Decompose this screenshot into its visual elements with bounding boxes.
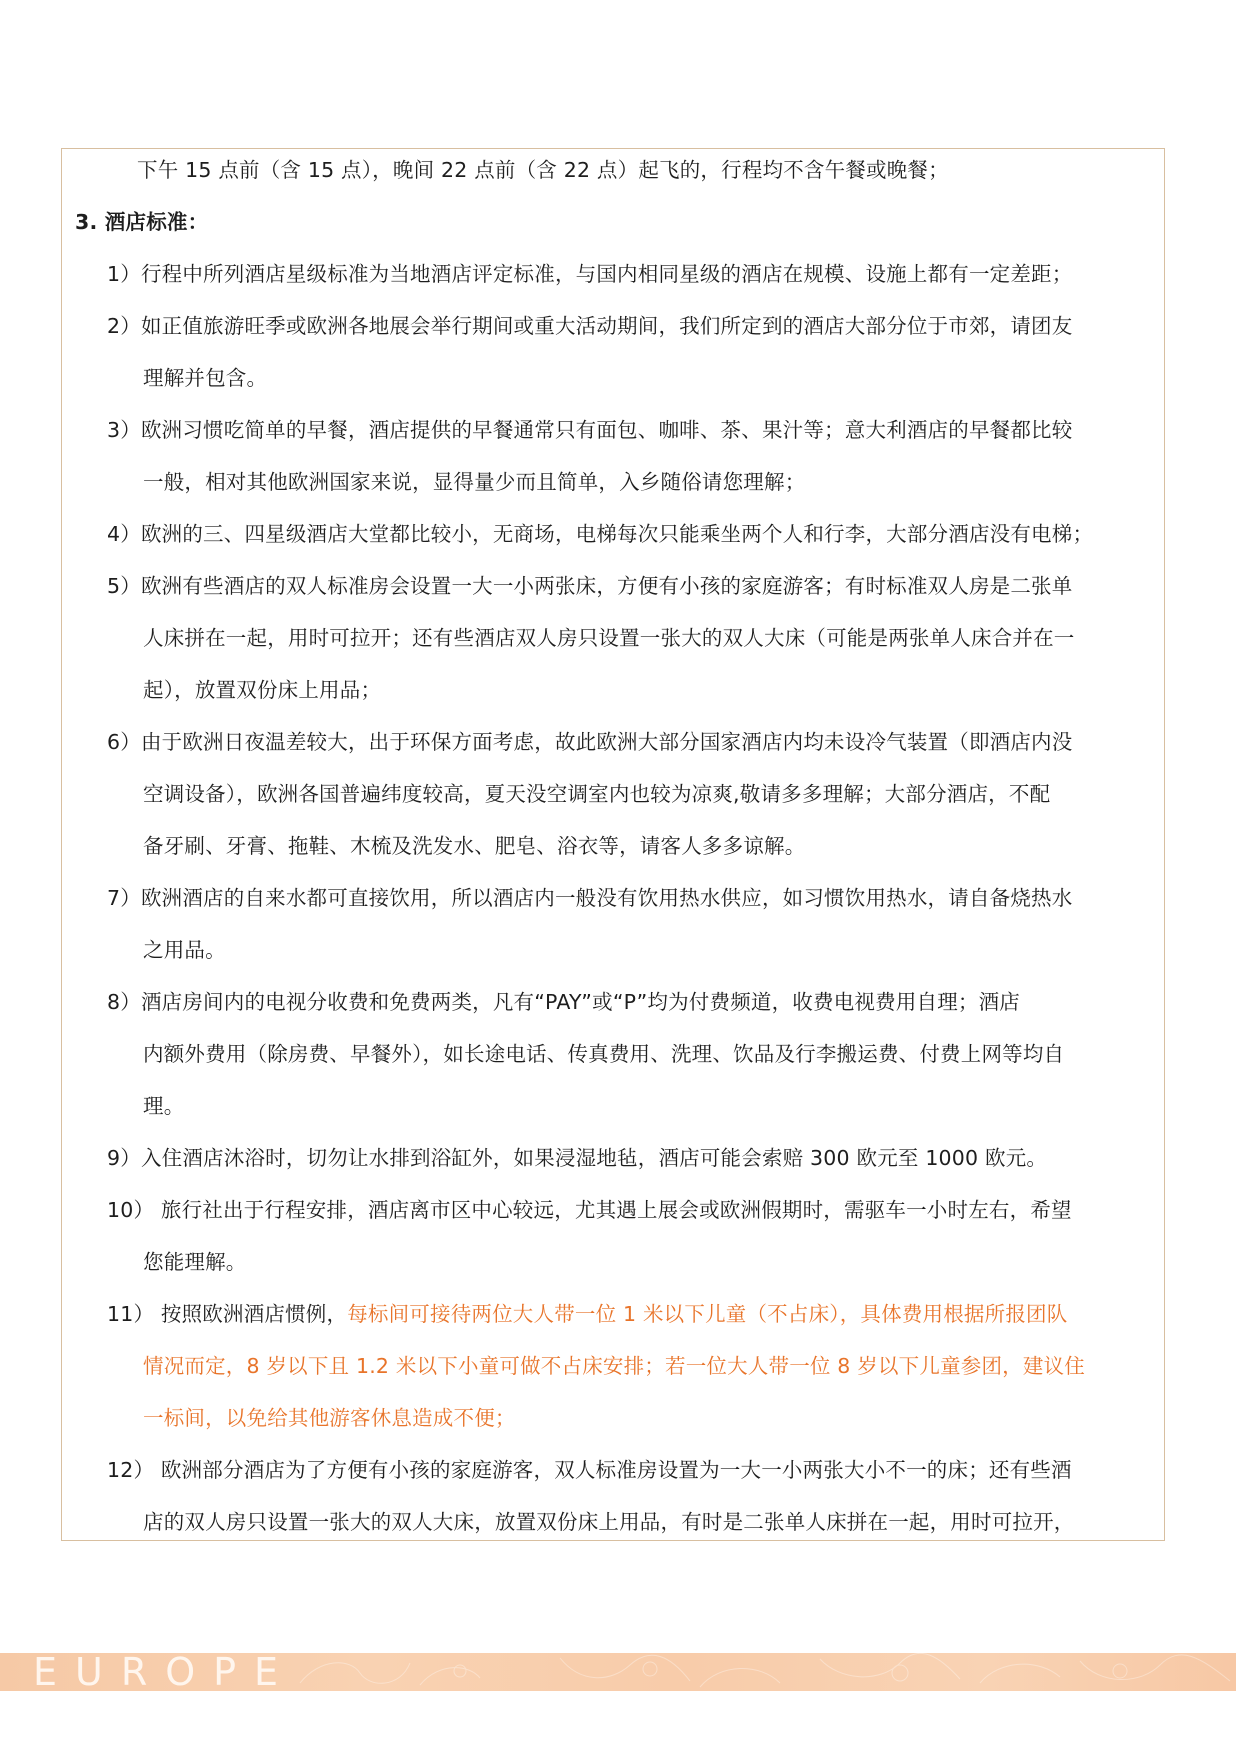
text-segment: 3）欧洲习惯吃简单的早餐，酒店提供的早餐通常只有面包、咖啡、茶、果汁等；意大利酒… <box>107 418 1072 442</box>
section-heading: 3. 酒店标准： <box>75 209 208 235</box>
text-segment: 3. 酒店标准： <box>75 210 208 234</box>
footer-banner: EUROPE <box>0 1653 1236 1691</box>
text-line: 内额外费用（除房费、早餐外），如长途电话、传真费用、洗理、饮品及行李搬运费、付费… <box>143 1041 1064 1067</box>
text-segment: 10） 旅行社出于行程安排，酒店离市区中心较远，尤其遇上展会或欧洲假期时，需驱车… <box>107 1198 1072 1222</box>
text-line: 理解并包含。 <box>143 365 267 391</box>
text-line: 9）入住酒店沐浴时，切勿让水排到浴缸外，如果浸湿地毡，酒店可能会索赔 300 欧… <box>107 1145 1047 1171</box>
text-line: 您能理解。 <box>143 1249 247 1275</box>
text-segment: 起），放置双份床上用品； <box>143 678 381 702</box>
text-line: 8）酒店房间内的电视分收费和免费两类，凡有“PAY”或“P”均为付费频道，收费电… <box>107 989 1020 1015</box>
text-segment: 人床拼在一起，用时可拉开；还有些酒店双人房只设置一张大的双人大床（可能是两张单人… <box>143 626 1075 650</box>
text-line: 一般，相对其他欧洲国家来说，显得量少而且简单，入乡随俗请您理解； <box>143 469 805 495</box>
text-segment: 空调设备），欧洲各国普遍纬度较高，夏天没空调室内也较为凉爽,敬请多多理解；大部分… <box>143 782 1050 806</box>
text-line: 7）欧洲酒店的自来水都可直接饮用，所以酒店内一般没有饮用热水供应，如习惯饮用热水… <box>107 885 1072 911</box>
text-line: 店的双人房只设置一张大的双人大床，放置双份床上用品，有时是二张单人床拼在一起，用… <box>143 1509 1075 1535</box>
text-segment: 一般，相对其他欧洲国家来说，显得量少而且简单，入乡随俗请您理解； <box>143 470 805 494</box>
text-line: 11） 按照欧洲酒店惯例，每标间可接待两位大人带一位 1 米以下儿童（不占床），… <box>107 1301 1067 1327</box>
text-line: 2）如正值旅游旺季或欧洲各地展会举行期间或重大活动期间，我们所定到的酒店大部分位… <box>107 313 1072 339</box>
text-segment: 您能理解。 <box>143 1250 247 1274</box>
text-segment: 之用品。 <box>143 938 226 962</box>
text-line: 下午 15 点前（含 15 点），晚间 22 点前（含 22 点）起飞的，行程均… <box>137 157 949 183</box>
text-segment: 1）行程中所列酒店星级标准为当地酒店评定标准，与国内相同星级的酒店在规模、设施上… <box>107 262 1072 286</box>
text-segment: 理。 <box>143 1094 184 1118</box>
text-line: 一标间，以免给其他游客休息造成不便； <box>143 1405 516 1431</box>
text-segment: 11） 按照欧洲酒店惯例， <box>107 1302 347 1326</box>
text-line: 理。 <box>143 1093 184 1119</box>
text-line: 情况而定，8 岁以下且 1.2 米以下小童可做不占床安排；若一位大人带一位 8 … <box>143 1353 1085 1379</box>
text-line: 人床拼在一起，用时可拉开；还有些酒店双人房只设置一张大的双人大床（可能是两张单人… <box>143 625 1075 651</box>
text-line: 空调设备），欧洲各国普遍纬度较高，夏天没空调室内也较为凉爽,敬请多多理解；大部分… <box>143 781 1050 807</box>
text-line: 6）由于欧洲日夜温差较大，出于环保方面考虑，故此欧洲大部分国家酒店内均未设冷气装… <box>107 729 1072 755</box>
highlighted-text: 每标间可接待两位大人带一位 1 米以下儿童（不占床），具体费用根据所报团队 <box>347 1302 1067 1326</box>
text-segment: 内额外费用（除房费、早餐外），如长途电话、传真费用、洗理、饮品及行李搬运费、付费… <box>143 1042 1064 1066</box>
text-segment: 6）由于欧洲日夜温差较大，出于环保方面考虑，故此欧洲大部分国家酒店内均未设冷气装… <box>107 730 1072 754</box>
text-segment: 12） 欧洲部分酒店为了方便有小孩的家庭游客，双人标准房设置为一大一小两张大小不… <box>107 1458 1072 1482</box>
text-segment: 8）酒店房间内的电视分收费和免费两类，凡有“PAY”或“P”均为付费频道，收费电… <box>107 990 1020 1014</box>
text-line: 12） 欧洲部分酒店为了方便有小孩的家庭游客，双人标准房设置为一大一小两张大小不… <box>107 1457 1072 1483</box>
highlighted-text: 情况而定，8 岁以下且 1.2 米以下小童可做不占床安排；若一位大人带一位 8 … <box>143 1354 1085 1378</box>
text-line: 3）欧洲习惯吃简单的早餐，酒店提供的早餐通常只有面包、咖啡、茶、果汁等；意大利酒… <box>107 417 1072 443</box>
text-line: 10） 旅行社出于行程安排，酒店离市区中心较远，尤其遇上展会或欧洲假期时，需驱车… <box>107 1197 1072 1223</box>
text-segment: 下午 15 点前（含 15 点），晚间 22 点前（含 22 点）起飞的，行程均… <box>137 158 949 182</box>
text-segment: 7）欧洲酒店的自来水都可直接饮用，所以酒店内一般没有饮用热水供应，如习惯饮用热水… <box>107 886 1072 910</box>
text-segment: 店的双人房只设置一张大的双人大床，放置双份床上用品，有时是二张单人床拼在一起，用… <box>143 1510 1075 1534</box>
text-line: 备牙刷、牙膏、拖鞋、木梳及洗发水、肥皂、浴衣等，请客人多多谅解。 <box>143 833 805 859</box>
text-line: 之用品。 <box>143 937 226 963</box>
text-segment: 2）如正值旅游旺季或欧洲各地展会举行期间或重大活动期间，我们所定到的酒店大部分位… <box>107 314 1072 338</box>
text-segment: 4）欧洲的三、四星级酒店大堂都比较小，无商场，电梯每次只能乘坐两个人和行李，大部… <box>107 522 1093 546</box>
highlighted-text: 一标间，以免给其他游客休息造成不便； <box>143 1406 516 1430</box>
text-segment: 理解并包含。 <box>143 366 267 390</box>
text-line: 5）欧洲有些酒店的双人标准房会设置一大一小两张床，方便有小孩的家庭游客；有时标准… <box>107 573 1072 599</box>
text-segment: 5）欧洲有些酒店的双人标准房会设置一大一小两张床，方便有小孩的家庭游客；有时标准… <box>107 574 1072 598</box>
text-line: 起），放置双份床上用品； <box>143 677 381 703</box>
text-segment: 备牙刷、牙膏、拖鞋、木梳及洗发水、肥皂、浴衣等，请客人多多谅解。 <box>143 834 805 858</box>
europe-banner-text: EUROPE <box>33 1653 296 1691</box>
text-line: 4）欧洲的三、四星级酒店大堂都比较小，无商场，电梯每次只能乘坐两个人和行李，大部… <box>107 521 1093 547</box>
text-segment: 9）入住酒店沐浴时，切勿让水排到浴缸外，如果浸湿地毡，酒店可能会索赔 300 欧… <box>107 1146 1047 1170</box>
text-line: 1）行程中所列酒店星级标准为当地酒店评定标准，与国内相同星级的酒店在规模、设施上… <box>107 261 1072 287</box>
